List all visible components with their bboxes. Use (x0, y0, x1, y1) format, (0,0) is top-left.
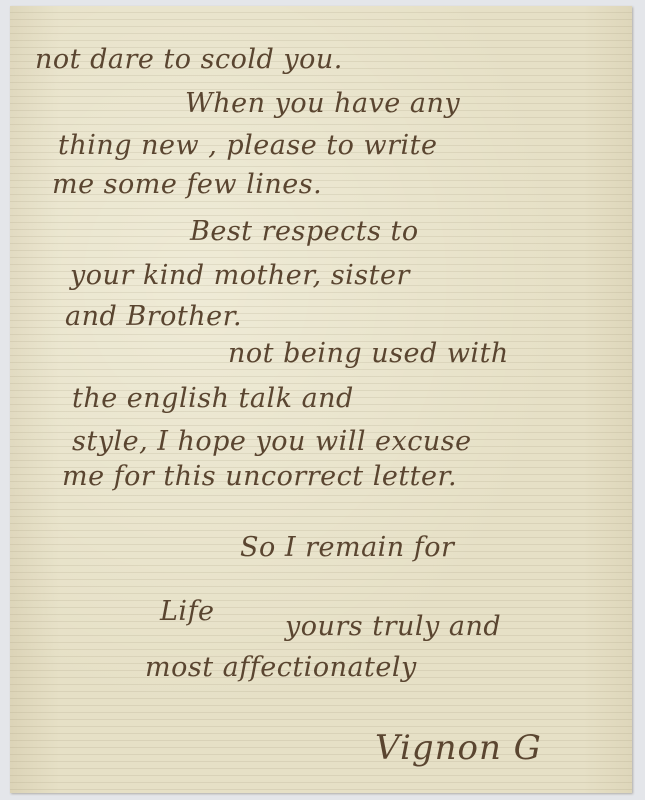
letter-line-13: Life (160, 596, 215, 627)
letter-line-4: me some few lines. (52, 169, 322, 200)
letter-line-11: me for this uncorrect letter. (62, 461, 457, 492)
letter-line-6: your kind mother, sister (70, 260, 410, 291)
letter-line-3: thing new , please to write (58, 130, 437, 161)
signature: Vignon G (375, 728, 542, 768)
letter-line-7: and Brother. (65, 301, 242, 332)
letter-page: not dare to scold you. When you have any… (10, 6, 632, 793)
letter-line-2: When you have any (185, 88, 460, 119)
letter-line-9: the english talk and (72, 383, 354, 414)
letter-line-8: not being used with (228, 338, 509, 369)
letter-line-12: So I remain for (240, 532, 454, 563)
letter-line-14: yours truly and (285, 611, 501, 642)
letter-line-10: style, I hope you will excuse (72, 426, 472, 457)
letter-line-5: Best respects to (190, 216, 419, 247)
letter-line-15: most affectionately (145, 652, 417, 683)
letter-line-1: not dare to scold you. (35, 44, 343, 75)
